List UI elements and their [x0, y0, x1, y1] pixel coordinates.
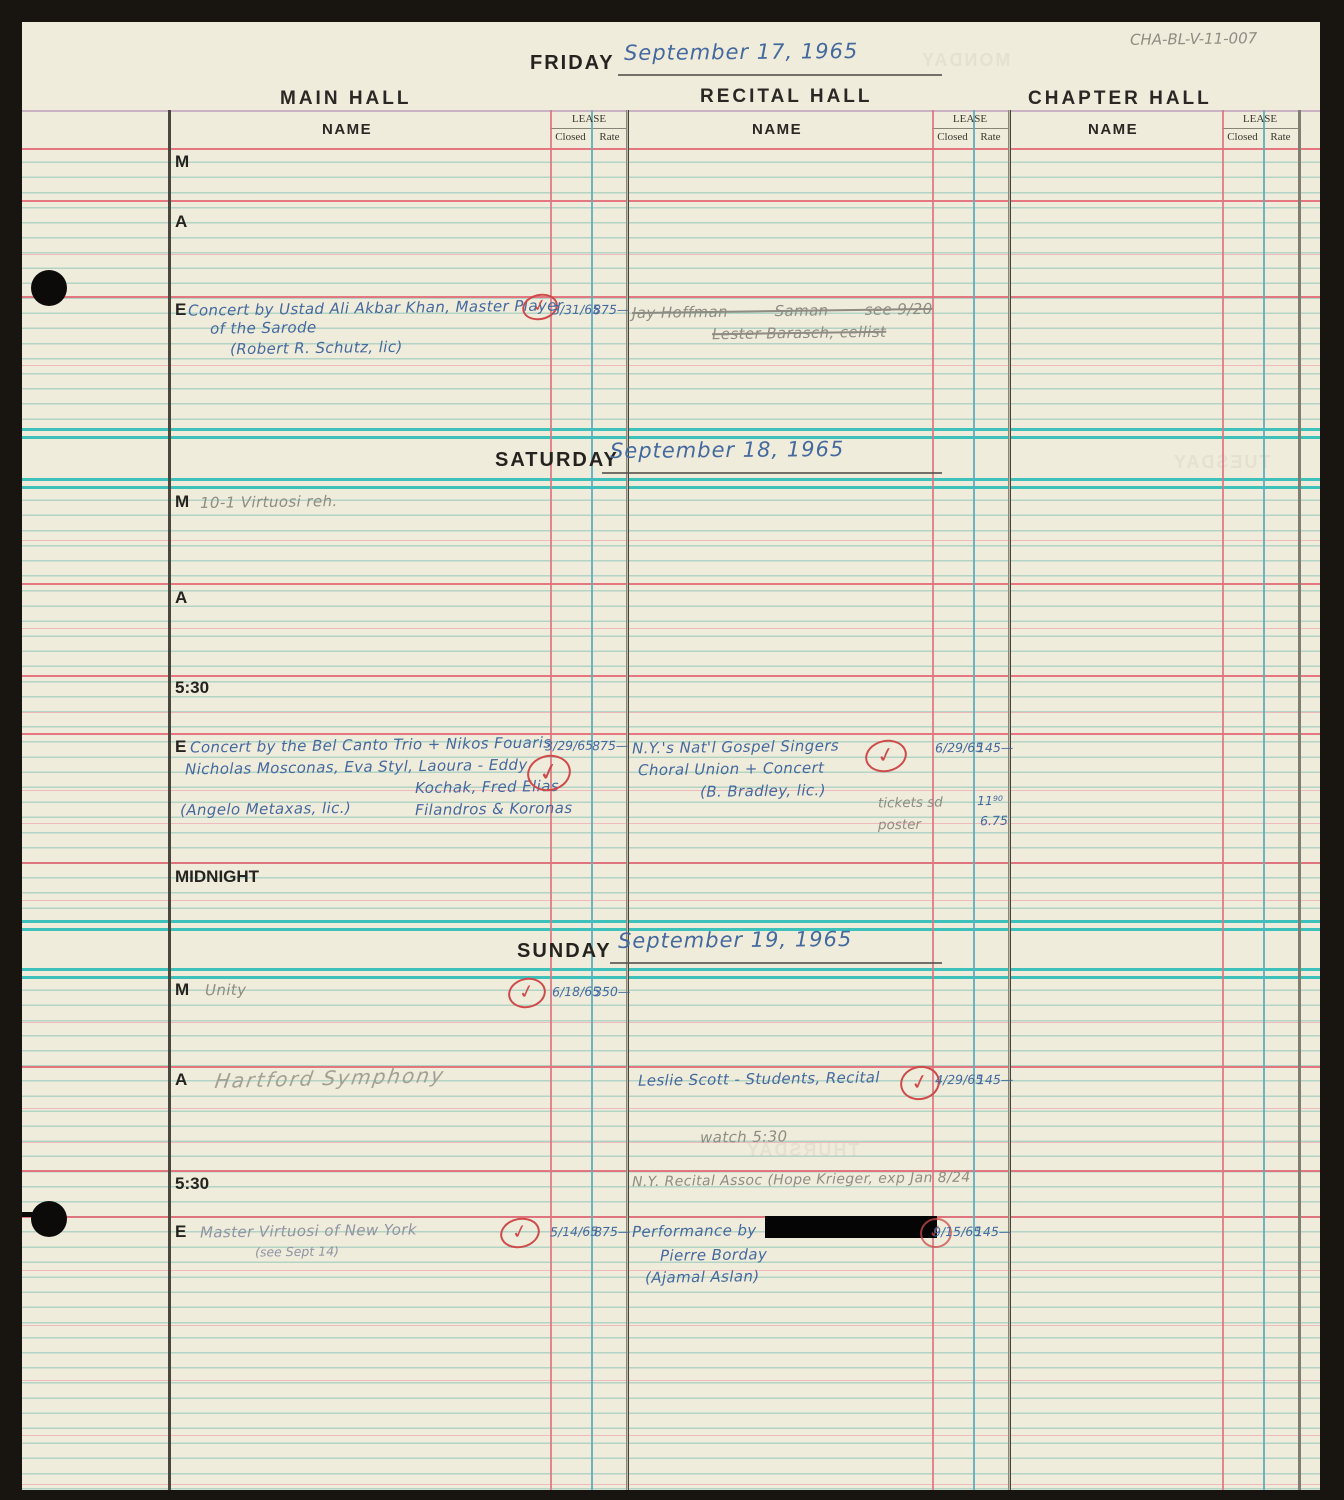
time-label-friday-e: E — [175, 300, 186, 320]
date-underline — [618, 74, 942, 76]
closed-header-main: Closed — [550, 131, 591, 143]
scanned-ledger-page: MONDAY TUESDAY THURSDAY — [0, 0, 1344, 1500]
entry-friday-main-e-rate: 875— — [593, 302, 630, 318]
table-left-edge — [168, 110, 171, 1490]
time-label-sunday-e: E — [175, 1222, 186, 1242]
entry-sunday-recital-a-line1: Leslie Scott - Students, Recital — [638, 1068, 880, 1089]
rule — [22, 1170, 1320, 1172]
rule — [22, 1380, 1320, 1381]
table-right-edge — [1298, 110, 1301, 1490]
lease-divider-chapter — [1222, 128, 1298, 129]
hall-title-recital: RECITAL HALL — [700, 86, 873, 108]
rule — [22, 365, 1320, 366]
punch-hole — [31, 270, 67, 306]
hall-title-chapter: CHAPTER HALL — [1028, 88, 1212, 110]
time-label-sunday-a: A — [175, 1070, 187, 1090]
day-date-friday: September 17, 1965 — [624, 39, 858, 65]
entry-saturday-recital-e-line3: (B. Bradley, lic.) — [700, 781, 826, 801]
ruled-area-saturday — [22, 486, 1320, 920]
rule — [22, 1066, 1320, 1068]
redaction-bar — [765, 1216, 937, 1238]
entry-saturday-main-e-closed: 3/29/65 — [545, 738, 593, 754]
rule — [22, 1484, 1320, 1485]
day-date-saturday: September 18, 1965 — [610, 437, 844, 463]
closed-header-chapter: Closed — [1222, 131, 1263, 143]
entry-friday-main-e-line2: of the Sarode — [210, 318, 317, 337]
entry-sunday-recital-e-line3: (Ajamal Aslan) — [645, 1267, 760, 1287]
section-band — [22, 478, 1320, 481]
entry-saturday-recital-e-note2: poster — [878, 817, 921, 834]
entry-sunday-recital-a-note: watch 5:30 — [700, 1127, 788, 1146]
hall-divider-main-recital — [626, 110, 629, 1490]
entry-friday-recital-e-line2: Lester Barasch, cellist — [712, 323, 887, 343]
time-label-sunday-530: 5:30 — [175, 1174, 209, 1194]
rule — [22, 733, 1320, 735]
entry-saturday-recital-e-line1: N.Y.'s Nat'l Gospel Singers — [632, 737, 839, 758]
lease-header-recital: LEASE — [932, 113, 1008, 125]
entry-saturday-recital-e-line2: Choral Union + Concert — [638, 759, 825, 780]
lease-header-main: LEASE — [550, 113, 628, 125]
rule — [22, 1325, 1320, 1326]
entry-friday-main-e-line3: (Robert R. Schutz, lic) — [230, 338, 403, 358]
rule — [22, 675, 1320, 677]
col-line-chapter-rate — [1263, 110, 1265, 1490]
rate-header-main: Rate — [591, 131, 628, 143]
rule — [22, 1142, 1320, 1143]
entry-sunday-recital-e-rate: 145— — [975, 1224, 1012, 1240]
entry-saturday-recital-e-amt2: 6.75 — [980, 813, 1008, 828]
time-label-saturday-e: E — [175, 737, 186, 757]
rule — [22, 148, 1320, 150]
closed-header-recital: Closed — [932, 131, 973, 143]
entry-sunday-main-e-line1: Master Virtuosi of New York — [200, 1220, 417, 1241]
time-label-saturday-midnight: MIDNIGHT — [175, 867, 259, 887]
day-title-sunday: SUNDAY — [517, 940, 612, 963]
col-line-chapter-closed — [1222, 110, 1224, 1490]
hall-title-main: MAIN HALL — [280, 88, 411, 110]
col-header-name-main: NAME — [322, 121, 372, 138]
rate-header-chapter: Rate — [1263, 131, 1298, 143]
entry-saturday-main-m: 10-1 Virtuosi reh. — [200, 492, 338, 512]
section-band — [22, 428, 1320, 431]
time-label-sunday-m: M — [175, 980, 189, 1000]
rule — [22, 712, 1320, 713]
time-label-friday-m: M — [175, 152, 189, 172]
entry-sunday-main-e-closed: 5/14/65 — [550, 1224, 598, 1240]
rule — [22, 823, 1320, 824]
day-title-friday: FRIDAY — [530, 52, 615, 75]
time-label-friday-a: A — [175, 212, 187, 232]
header-top-line — [22, 110, 1320, 112]
section-band — [22, 920, 1320, 923]
entry-sunday-recital-e-line2: Pierre Borday — [660, 1245, 767, 1264]
time-label-saturday-530: 5:30 — [175, 678, 209, 698]
rule — [22, 583, 1320, 585]
col-header-name-recital: NAME — [752, 121, 802, 138]
date-underline — [602, 472, 942, 474]
rule — [22, 862, 1320, 864]
rule — [22, 296, 1320, 298]
entry-saturday-main-e-rate: 875— — [592, 738, 629, 754]
col-line-recital-rate — [973, 110, 975, 1490]
entry-sunday-recital-e-line1: Performance by — [632, 1221, 757, 1241]
rule — [22, 790, 1320, 791]
entry-sunday-main-e-rate: 875— — [594, 1224, 631, 1240]
entry-saturday-recital-e-note1: tickets sd — [878, 795, 943, 812]
section-band — [22, 486, 1320, 489]
rule — [22, 1435, 1320, 1436]
time-label-saturday-m: M — [175, 492, 189, 512]
ghost-monday: MONDAY — [920, 50, 1010, 71]
rule — [22, 628, 1320, 629]
rule — [22, 1022, 1320, 1023]
rule — [22, 900, 1320, 901]
rule — [22, 254, 1320, 255]
entry-sunday-main-m: Unity — [205, 981, 247, 1000]
catalog-number: CHA-BL-V-11-007 — [1130, 29, 1257, 49]
entry-saturday-recital-e-amt1: 11⁹⁰ — [977, 793, 1003, 808]
section-band — [22, 976, 1320, 979]
date-underline — [610, 962, 942, 964]
entry-sunday-recital-a-rate: 145— — [977, 1072, 1014, 1088]
rule — [22, 540, 1320, 541]
day-title-saturday: SATURDAY — [495, 449, 619, 472]
lease-divider-recital — [932, 128, 1008, 129]
ruled-area-friday — [22, 148, 1320, 428]
time-label-saturday-a: A — [175, 588, 187, 608]
entry-saturday-main-e-line5: Filandros & Koronas — [415, 799, 573, 819]
rate-header-recital: Rate — [973, 131, 1008, 143]
hall-divider-recital-chapter — [1008, 110, 1011, 1490]
entry-sunday-main-m-rate: 350— — [594, 984, 631, 1000]
entry-saturday-main-e-line4: (Angelo Metaxas, lic.) — [180, 799, 351, 819]
punch-hole — [31, 1201, 67, 1237]
rule — [22, 200, 1320, 202]
rule — [22, 1108, 1320, 1109]
lease-header-chapter: LEASE — [1222, 113, 1298, 125]
entry-saturday-recital-e-rate: 145— — [977, 740, 1014, 756]
col-header-name-chapter: NAME — [1088, 121, 1138, 138]
punch-hole-tail — [22, 1212, 44, 1217]
day-date-sunday: September 19, 1965 — [618, 927, 852, 953]
section-band — [22, 968, 1320, 971]
paper: MONDAY TUESDAY THURSDAY — [22, 22, 1320, 1490]
rule — [22, 1216, 1320, 1218]
lease-divider-main — [550, 128, 628, 129]
entry-sunday-main-e-line2: (see Sept 14) — [255, 1243, 339, 1259]
